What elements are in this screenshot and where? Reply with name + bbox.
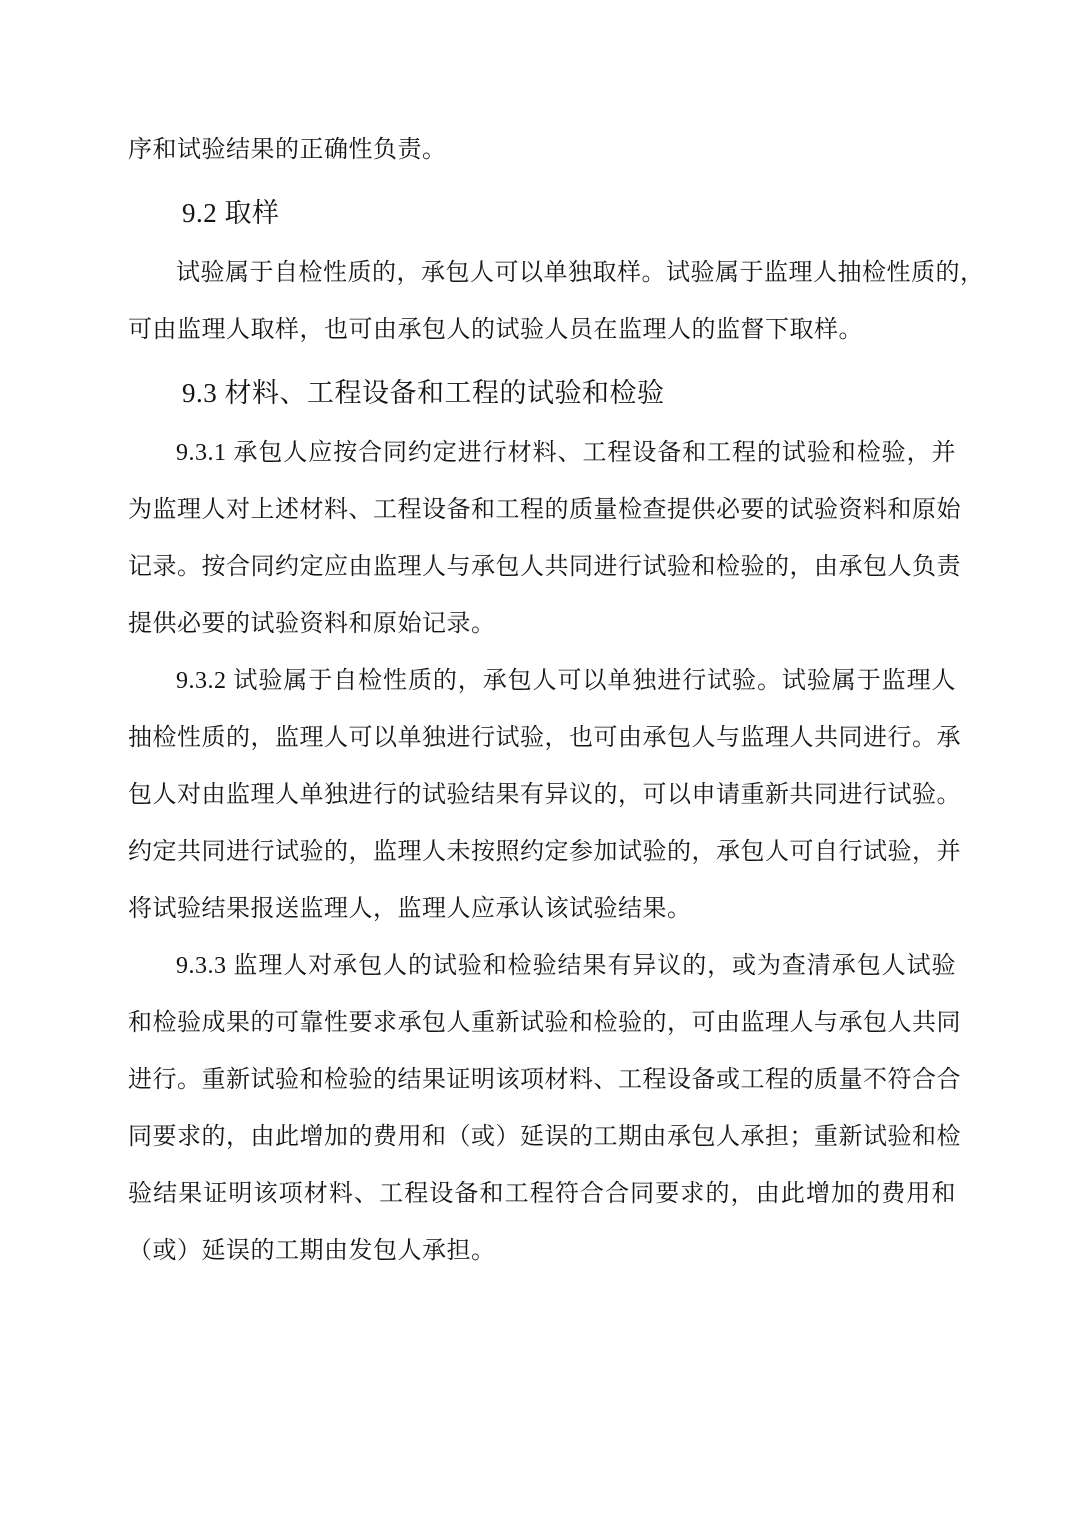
paragraph-9-3-3-line-1: 9.3.3 监理人对承包人的试验和检验结果有异议的，或为查清承包人试验 (128, 938, 956, 995)
paragraph-9-3-1-line-3: 记录。按合同约定应由监理人与承包人共同进行试验和检验的，由承包人负责 (128, 539, 956, 596)
paragraph-9-3-2-line-1: 9.3.2 试验属于自检性质的，承包人可以单独进行试验。试验属于监理人 (128, 653, 956, 710)
paragraph-9-3-2-line-2: 抽检性质的，监理人可以单独进行试验，也可由承包人与监理人共同进行。承 (128, 710, 956, 767)
section-heading-9-2: 9.2 取样 (128, 185, 956, 242)
paragraph-9-3-2-line-5: 将试验结果报送监理人，监理人应承认该试验结果。 (128, 881, 956, 938)
document-page: 序和试验结果的正确性负责。 9.2 取样 试验属于自检性质的，承包人可以单独取样… (0, 0, 1074, 1520)
paragraph-9-3-3-line-2: 和检验成果的可靠性要求承包人重新试验和检验的，可由监理人与承包人共同 (128, 995, 956, 1052)
paragraph-9-3-3-line-6: （或）延误的工期由发包人承担。 (128, 1223, 956, 1280)
paragraph-9-3-1-line-2: 为监理人对上述材料、工程设备和工程的质量检查提供必要的试验资料和原始 (128, 482, 956, 539)
paragraph-continuation-line-1: 序和试验结果的正确性负责。 (128, 122, 956, 179)
paragraph-9-3-2-line-4: 约定共同进行试验的，监理人未按照约定参加试验的，承包人可自行试验，并 (128, 824, 956, 881)
paragraph-9-3-3-line-3: 进行。重新试验和检验的结果证明该项材料、工程设备或工程的质量不符合合 (128, 1052, 956, 1109)
paragraph-9-3-3-line-5: 验结果证明该项材料、工程设备和工程符合合同要求的，由此增加的费用和 (128, 1166, 956, 1223)
paragraph-9-3-3-line-4: 同要求的，由此增加的费用和（或）延误的工期由承包人承担；重新试验和检 (128, 1109, 956, 1166)
paragraph-9-3-1-line-1: 9.3.1 承包人应按合同约定进行材料、工程设备和工程的试验和检验，并 (128, 425, 956, 482)
paragraph-9-2-line-1: 试验属于自检性质的，承包人可以单独取样。试验属于监理人抽检性质的， (128, 245, 956, 302)
section-heading-9-3: 9.3 材料、工程设备和工程的试验和检验 (128, 365, 956, 422)
paragraph-9-3-1-line-4: 提供必要的试验资料和原始记录。 (128, 596, 956, 653)
paragraph-9-2-line-2: 可由监理人取样，也可由承包人的试验人员在监理人的监督下取样。 (128, 302, 956, 359)
paragraph-9-3-2-line-3: 包人对由监理人单独进行的试验结果有异议的，可以申请重新共同进行试验。 (128, 767, 956, 824)
